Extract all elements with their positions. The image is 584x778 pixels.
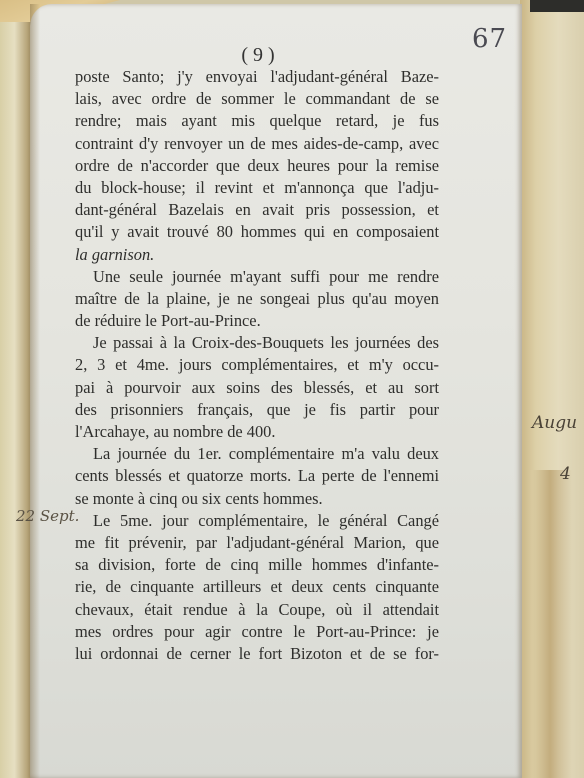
margin-annotation: 22 Sept. bbox=[16, 507, 79, 525]
background-shadow bbox=[530, 0, 584, 12]
text-line: rie, de cinquante artilleurs et deux cen… bbox=[75, 576, 439, 598]
text-line: ordre de n'accorder que deux heures pour… bbox=[75, 155, 439, 177]
text-line: La journée du 1er. complémentaire m'a va… bbox=[75, 443, 439, 465]
page-number: ( 9 ) bbox=[228, 44, 288, 67]
text-line: dant-général Bazelais en avait pris poss… bbox=[75, 199, 439, 221]
text-line: mes ordres pour agir contre le Port-au-P… bbox=[75, 621, 439, 643]
text-line: sa division, forte de cinq mille hommes … bbox=[75, 554, 439, 576]
handwriting-line: Augu bbox=[532, 415, 584, 432]
text-line: lui ordonnai de cerner le fort Bizoton e… bbox=[75, 643, 439, 665]
text-line: l'Arcahaye, au nombre de 400. bbox=[75, 421, 439, 443]
text-line: pai à pourvoir aux soins des blessés, et… bbox=[75, 377, 439, 399]
text-line: cents blessés et quatorze morts. La pert… bbox=[75, 465, 439, 487]
text-line: 2, 3 et 4me. jours complémentaires, et m… bbox=[75, 354, 439, 376]
text-line: me fit prévenir, par l'adjudant-général … bbox=[75, 532, 439, 554]
text-line: la garnison. bbox=[75, 244, 439, 266]
text-line: maître de la plaine, je ne songeai plus … bbox=[75, 288, 439, 310]
text-line: des prisonniers français, que je fis par… bbox=[75, 399, 439, 421]
text-line: de réduire le Port-au-Prince. bbox=[75, 310, 439, 332]
text-line: qu'il y avait trouvé 80 hommes qui en co… bbox=[75, 221, 439, 243]
body-text: poste Santo; j'y envoyai l'adjudant-géné… bbox=[75, 66, 439, 665]
text-line: poste Santo; j'y envoyai l'adjudant-géné… bbox=[75, 66, 439, 88]
adjacent-page-handwriting: Augu 4 bbox=[532, 415, 584, 483]
text-line: contraint d'y renvoyer un de mes aides-d… bbox=[75, 133, 439, 155]
text-line: chevaux, était rendue à la Coupe, où il … bbox=[75, 599, 439, 621]
gutter-shadow bbox=[30, 4, 40, 778]
page-stain bbox=[532, 470, 572, 778]
text-line: lais, avec ordre de sommer le commandant… bbox=[75, 88, 439, 110]
text-line: Le 5me. jour complémentaire, le général … bbox=[75, 510, 439, 532]
text-line: rendre; mais ayant mis quelque retard, j… bbox=[75, 110, 439, 132]
handwriting-line: 4 bbox=[560, 466, 584, 483]
text-line: se monte à cinq ou six cents hommes. bbox=[75, 488, 439, 510]
folio-number: 67 bbox=[472, 24, 507, 54]
text-line: Je passai à la Croix-des-Bouquets les jo… bbox=[75, 332, 439, 354]
text-line: Une seule journée m'ayant suffi pour me … bbox=[75, 266, 439, 288]
text-line: du block-house; il revint et m'annonça q… bbox=[75, 177, 439, 199]
